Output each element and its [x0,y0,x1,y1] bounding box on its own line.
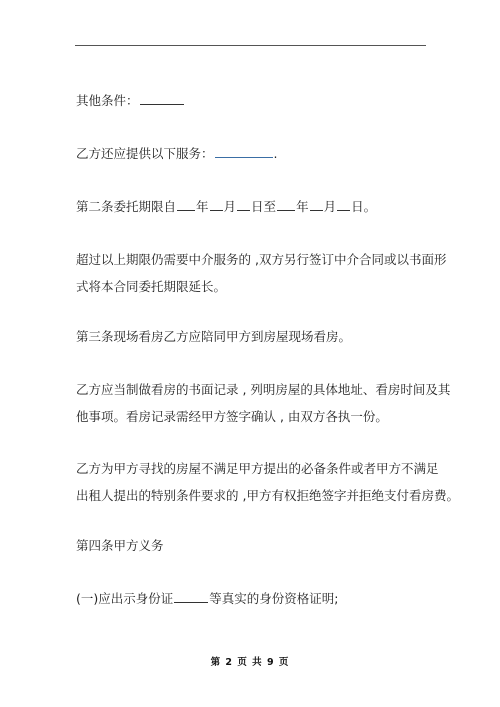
start-day-blank[interactable] [237,198,250,211]
paragraph-id-proof: (一)应出示身份证等真实的身份资格证明; [76,585,436,612]
paragraph-refusal: 乙方为甲方寻找的房屋不满足甲方提出的必备条件或者甲方不满足 出租人提出的特别条件… [76,455,436,509]
viewing-record-line-2: 他事项。看房记录需经甲方签字确认 , 由双方各执一份。 [76,403,436,430]
extension-line-2: 式将本合同委托期限延长。 [76,273,436,300]
month-label: 月 [324,199,337,214]
extension-line-1: 超过以上期限仍需要中介服务的 ,双方另行签订中介合同或以书面形 [76,246,436,273]
id-proof-rest: 等真实的身份资格证明; [209,591,338,606]
start-month-blank[interactable] [210,198,223,211]
end-year-blank[interactable] [277,198,295,211]
paragraph-article-4: 第四条甲方义务 [76,532,436,559]
end-day-blank[interactable] [337,198,350,211]
day-to-label: 日至 [251,199,276,214]
other-conditions-blank[interactable] [140,92,184,105]
paragraph-article-3: 第三条现场看房乙方应陪同甲方到房屋现场看房。 [76,323,436,350]
header-rule [75,45,426,46]
refusal-line-2: 出租人提出的特别条件要求的 ,甲方有权拒绝签字并拒绝支付看房费。 [76,482,436,509]
extra-services-label: 乙方还应提供以下服务： [76,146,214,161]
paragraph-viewing-record: 乙方应当制做看房的书面记录 , 列明房屋的具体地址、看房时间及其 他事项。看房记… [76,376,436,430]
year-label: 年 [296,199,309,214]
refusal-line-1: 乙方为甲方寻找的房屋不满足甲方提出的必备条件或者甲方不满足 [76,455,436,482]
viewing-record-line-1: 乙方应当制做看房的书面记录 , 列明房屋的具体地址、看房时间及其 [76,376,436,403]
extra-services-blank[interactable] [215,145,273,158]
month-label: 月 [224,199,237,214]
extra-services-period: . [274,146,278,161]
paragraph-extra-services: 乙方还应提供以下服务：. [76,140,436,167]
start-year-blank[interactable] [177,198,195,211]
paragraph-extension: 超过以上期限仍需要中介服务的 ,双方另行签订中介合同或以书面形 式将本合同委托期… [76,246,436,300]
id-proof-label: (一)应出示身份证 [76,591,173,606]
id-proof-blank[interactable] [174,590,208,603]
year-label: 年 [196,199,209,214]
day-end-label: 日。 [351,199,376,214]
paragraph-article-2: 第二条委托期限自年月日至年月日。 [76,193,436,220]
other-conditions-label: 其他条件： [76,93,139,108]
paragraph-other-conditions: 其他条件： [76,87,436,114]
article-2-label: 第二条委托期限自 [76,199,176,214]
end-month-blank[interactable] [310,198,323,211]
page-footer: 第 2 页 共 9 页 [0,654,500,668]
